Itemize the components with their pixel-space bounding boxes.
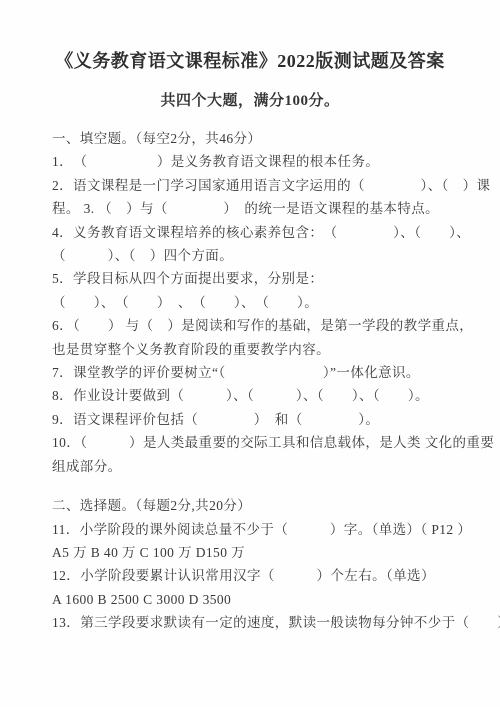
text-line: （ ）、 （ ） 、 （ ）、 （ ）。	[52, 291, 470, 314]
text-line: 11．小学阶段的课外阅读总量不少于（ ）字。（单选）（ P12 ）	[52, 518, 470, 541]
text-line: 1． （ ）是义务教育语文课程的根本任务。	[52, 150, 470, 173]
text-line: 8．作业设计要做到（ ）、（ ）、（ ）、（ ）。	[52, 384, 470, 407]
text-line: 12．小学阶段要累计认识常用汉字（ ）个左右。（单选）	[52, 564, 470, 587]
text-line: 9．语文课程评价包括（ ） 和（ ）。	[52, 408, 470, 431]
section-fill-in-the-blank: 一、填空题。（每空2分，共46分） 1． （ ）是义务教育语文课程的根本任务。 …	[52, 127, 470, 478]
document-page: 《义务教育语文课程标准》2022版测试题及答案 共四个大题，满分100分。 一、…	[0, 0, 500, 707]
text-line: 组成部分。	[52, 455, 470, 478]
text-line: 6．（ ） 与（ ）是阅读和写作的基础，是第一学段的教学重点，	[52, 314, 470, 337]
text-line: 程。 3. （ ）与（ ） 的统一是语文课程的基本特点。	[52, 197, 470, 220]
document-body: 一、填空题。（每空2分，共46分） 1． （ ）是义务教育语文课程的根本任务。 …	[0, 112, 500, 635]
text-line: 4．义务教育语文课程培养的核心素养包含： （ ）、（ ）、	[52, 221, 470, 244]
text-line: 7．课堂教学的评价要树立“（ ）”一体化意识。	[52, 361, 470, 384]
document-title: 《义务教育语文课程标准》2022版测试题及答案	[0, 0, 500, 74]
text-line: A5 万 B 40 万 C 100 万 D150 万	[52, 541, 470, 564]
text-line: 2．语文课程是一门学习国家通用语言文字运用的（ ）、（ ）课	[52, 174, 470, 197]
text-line: 13．第三学段要求默读有一定的速度，默读一般读物每分钟不少于（ ）	[52, 611, 470, 634]
section-multiple-choice: 二、选择题。（每题2分,共20分） 11．小学阶段的课外阅读总量不少于（ ）字。…	[52, 494, 470, 634]
text-line: A 1600 B 2500 C 3000 D 3500	[52, 588, 470, 611]
text-line: 10．（ ）是人类最重要的交际工具和信息载体，是人类 文化的重要	[52, 431, 470, 454]
text-line: 5．学段目标从四个方面提出要求，分别是：	[52, 267, 470, 290]
section-heading: 一、填空题。（每空2分，共46分）	[52, 127, 470, 150]
text-line: （ ）、（ ）四个方面。	[52, 244, 470, 267]
document-subtitle: 共四个大题，满分100分。	[0, 90, 500, 112]
section-heading: 二、选择题。（每题2分,共20分）	[52, 494, 470, 517]
text-line: 也是贯穿整个义务教育阶段的重要教学内容。	[52, 338, 470, 361]
